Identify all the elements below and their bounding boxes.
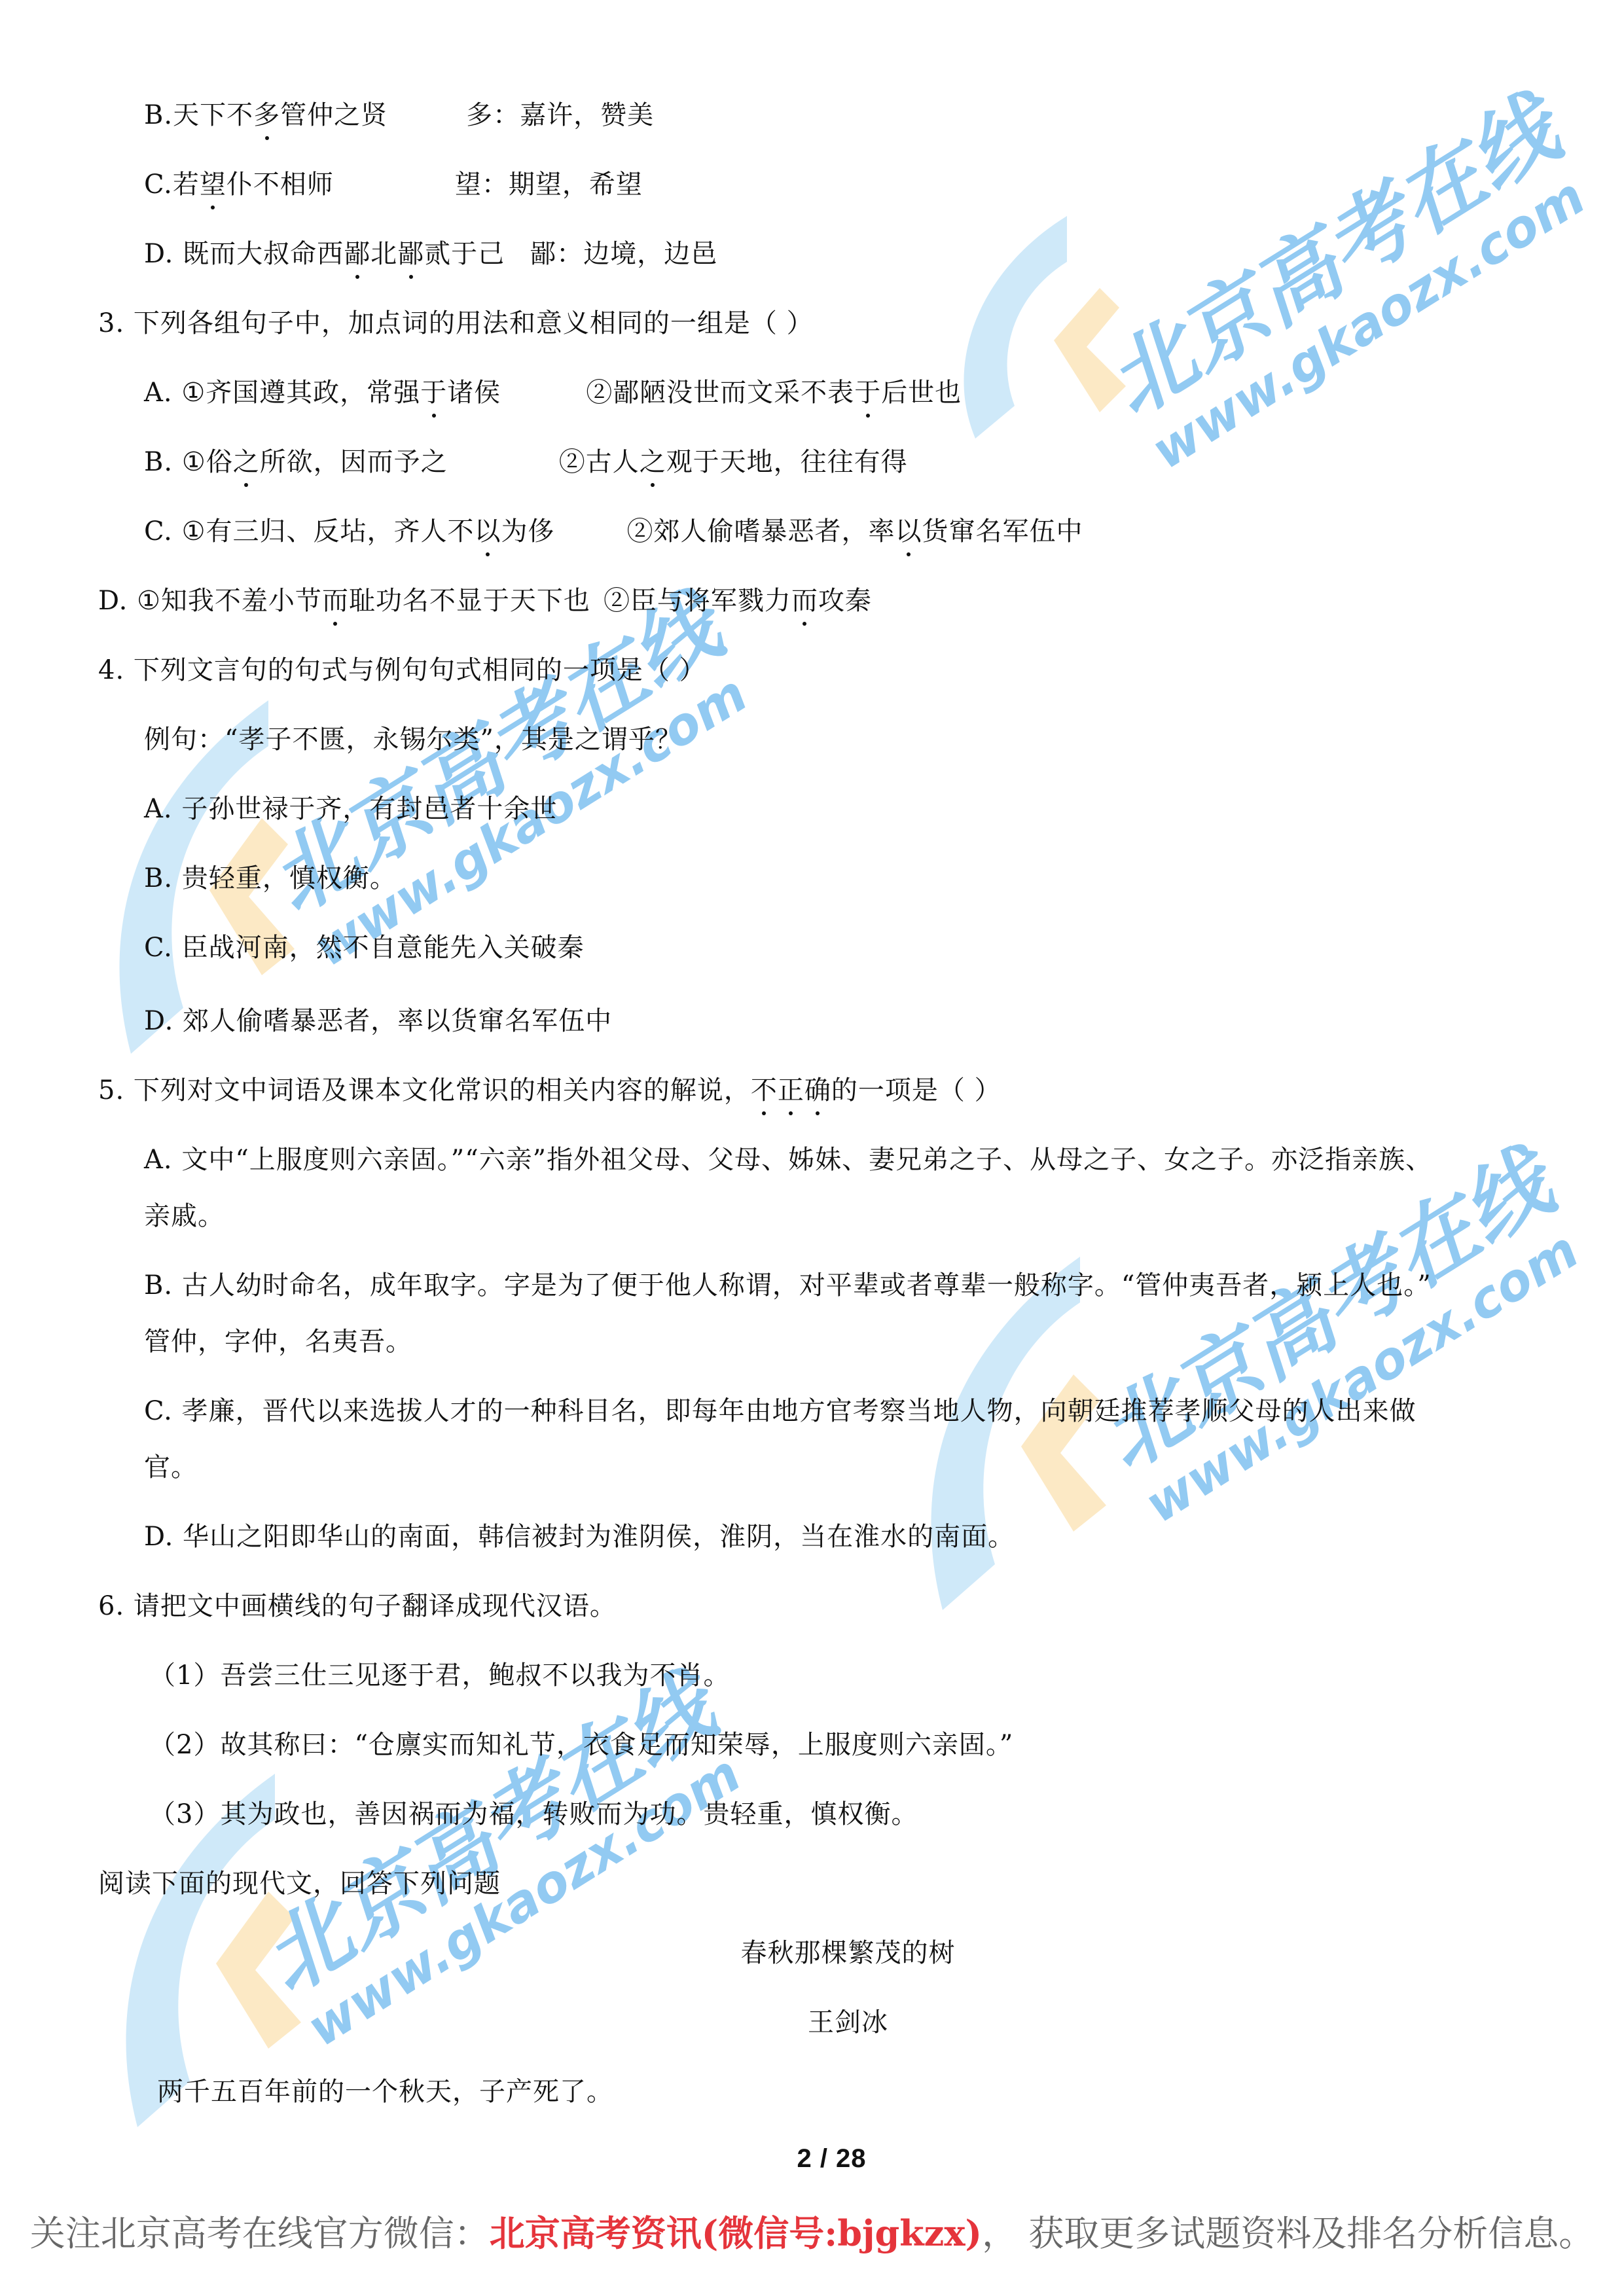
text: ②鄙陋没世而文采不表 [586, 378, 854, 408]
option-label: C. [144, 170, 173, 200]
text: ②郊人偷嗜暴恶者，率 [626, 516, 895, 547]
option-label: D. [98, 586, 137, 616]
text: 天下不 [173, 100, 253, 130]
q6-item-2: （2）故其称曰：“仓廪实而知礼节，衣食足而知荣辱，上服度则六亲固。” [149, 1728, 1013, 1762]
text: 攻秦 [818, 586, 872, 616]
footer-wechat-highlight: 北京高考资讯(微信号:bjgkzx) [490, 2212, 982, 2254]
q3-option-b: B. ①俗之所欲，因而予之②古人之观于天地，往往有得 [144, 445, 908, 479]
article-first-line: 两千五百年前的一个秋天，子产死了。 [157, 2075, 613, 2109]
footer-banner: 关注北京高考在线官方微信：北京高考资讯(微信号:bjgkzx)， 获取更多试题资… [0, 2206, 1624, 2256]
q6-stem: 6. 请把文中画横线的句子翻译成现代汉语。 [98, 1589, 617, 1623]
gloss: 鄙：边境，边邑 [530, 239, 717, 269]
q5-option-a-cont: 亲戚。 [144, 1199, 225, 1233]
emphasis-dot-word: 望 [200, 168, 226, 202]
q6-item-3: （3）其为政也，善因祸而为福，转败而为功。贵轻重，慎权衡。 [149, 1797, 918, 1831]
emphasis-dot-word: 以 [474, 514, 501, 548]
option-label: A. [144, 378, 181, 408]
text: 贰于己 [424, 239, 505, 269]
q3-option-c: C. ①有三归、反坫，齐人不以为侈②郊人偷嗜暴恶者，率以货窜名军伍中 [144, 514, 1083, 548]
q2-option-b: B.天下不多管仲之贤多：嘉许，赞美 [144, 98, 654, 132]
q5-option-b-cont: 管仲，字仲，名夷吾。 [144, 1325, 412, 1359]
emphasis-dot-word: 不 [751, 1073, 778, 1107]
text: ②古人 [559, 447, 640, 477]
text: ①齐国遵其政，常强 [181, 378, 420, 408]
q3-option-d: D. ①知我不羞小节而耻功名不显于天下也②臣与将军戮力而攻秦 [98, 584, 872, 618]
text: ②臣与将军戮力 [604, 586, 791, 616]
q4-stem: 4. 下列文言句的句式与例句句式相同的一项是（ ） [98, 653, 706, 687]
text: 仆不相师 [226, 170, 334, 200]
text: 所欲，因而予之 [260, 447, 448, 477]
text: ①知我不羞小节 [137, 586, 322, 616]
option-label: D. [144, 239, 173, 269]
q5-stem: 5. 下列对文中词语及课本文化常识的相关内容的解说，不正确的一项是（ ） [98, 1073, 1001, 1107]
emphasis-dot-word: 确 [804, 1073, 831, 1107]
text: 若 [173, 170, 200, 200]
document-page: 北京高考在线 www.gkaozx.com 北京高考在线 www.gkaozx.… [0, 0, 1624, 2296]
q3-stem: 3. 下列各组句子中，加点词的用法和意义相同的一组是（ ） [98, 306, 814, 340]
emphasis-dot-word: 而 [322, 584, 349, 618]
q5-option-b: B. 古人幼时命名，成年取字。字是为了便于他人称谓，对平辈或者尊辈一般称字。“管… [144, 1268, 1432, 1302]
emphasis-dot-word: 于 [854, 376, 881, 410]
text: 后世也 [881, 378, 962, 408]
text: 耻功名不显于天下也 [349, 586, 590, 616]
emphasis-dot-word: 鄙 [397, 237, 424, 271]
reading-instruction: 阅读下面的现代文，回答下列问题 [98, 1867, 501, 1901]
option-label: B. [144, 100, 173, 130]
text: 管仲之贤 [280, 100, 388, 130]
q2-option-d: D. 既而大叔命西鄙北鄙贰于己鄙：边境，边邑 [144, 237, 717, 271]
emphasis-dot-word: 于 [420, 376, 447, 410]
text: 货窜名军伍中 [922, 516, 1083, 547]
article-title: 春秋那棵繁茂的树 [0, 1936, 1624, 1970]
emphasis-dot-word: 多 [253, 98, 280, 132]
text: 诸侯 [447, 378, 501, 408]
text: 既而大叔命西 [173, 239, 344, 269]
q4-option-d: D. 郊人偷嗜暴恶者，率以货窜名军伍中 [144, 1004, 612, 1038]
q5-option-d: D. 华山之阳即华山的南面，韩信被封为淮阴侯，淮阴，当在淮水的南面。 [144, 1520, 1015, 1554]
q5-option-a: A. 文中“上服度则六亲固。”“六亲”指外祖父母、父母、姊妹、妻兄弟之子、从母之… [144, 1143, 1432, 1177]
text: 观于天地，往往有得 [666, 447, 908, 477]
emphasis-dot-word: 而 [791, 584, 818, 618]
text: 为侈 [501, 516, 554, 547]
text: 北 [370, 239, 397, 269]
q3-option-a: A. ①齐国遵其政，常强于诸侯②鄙陋没世而文采不表于后世也 [144, 376, 962, 410]
gloss: 多：嘉许，赞美 [466, 100, 654, 130]
text: ①俗 [182, 447, 233, 477]
q2-option-c: C.若望仆不相师望：期望，希望 [144, 168, 643, 202]
emphasis-dot-word: 之 [233, 445, 260, 479]
q6-item-1: （1）吾尝三仕三见逐于君，鲍叔不以我为不肖。 [149, 1659, 730, 1693]
option-label: C. [144, 516, 182, 547]
article-author: 王剑冰 [0, 2005, 1624, 2039]
text: ①有三归、反坫，齐人不 [182, 516, 475, 547]
emphasis-dot-word: 正 [778, 1073, 804, 1107]
emphasis-dot-word: 以 [895, 514, 922, 548]
footer-text-post: ， 获取更多试题资料及排名分析信息。 [982, 2213, 1594, 2254]
q5-option-c-cont: 官。 [144, 1450, 198, 1484]
page-number: 2 / 28 [0, 2142, 1624, 2176]
q5-option-c: C. 孝廉，晋代以来选拔人才的一种科目名，即每年由地方官考察当地人物，向朝廷推荐… [144, 1394, 1416, 1428]
q4-option-b: B. 贵轻重，慎权衡。 [144, 861, 397, 895]
gloss: 望：期望，希望 [455, 170, 643, 200]
q4-option-c: C. 臣战河南，然不自意能先入关破秦 [144, 931, 585, 965]
q4-example: 例句：“孝子不匮，永锡尔类”，其是之谓乎？ [144, 723, 682, 757]
option-label: B. [144, 447, 182, 477]
q4-option-a: A. 子孙世禄于齐，有封邑者十余世 [144, 792, 557, 826]
emphasis-dot-word: 鄙 [344, 237, 370, 271]
text: 5. 下列对文中词语及课本文化常识的相关内容的解说， [98, 1075, 751, 1105]
text: 的一项是（ ） [831, 1075, 1001, 1105]
footer-text-pre: 关注北京高考在线官方微信： [30, 2213, 490, 2254]
emphasis-dot-word: 之 [640, 445, 666, 479]
